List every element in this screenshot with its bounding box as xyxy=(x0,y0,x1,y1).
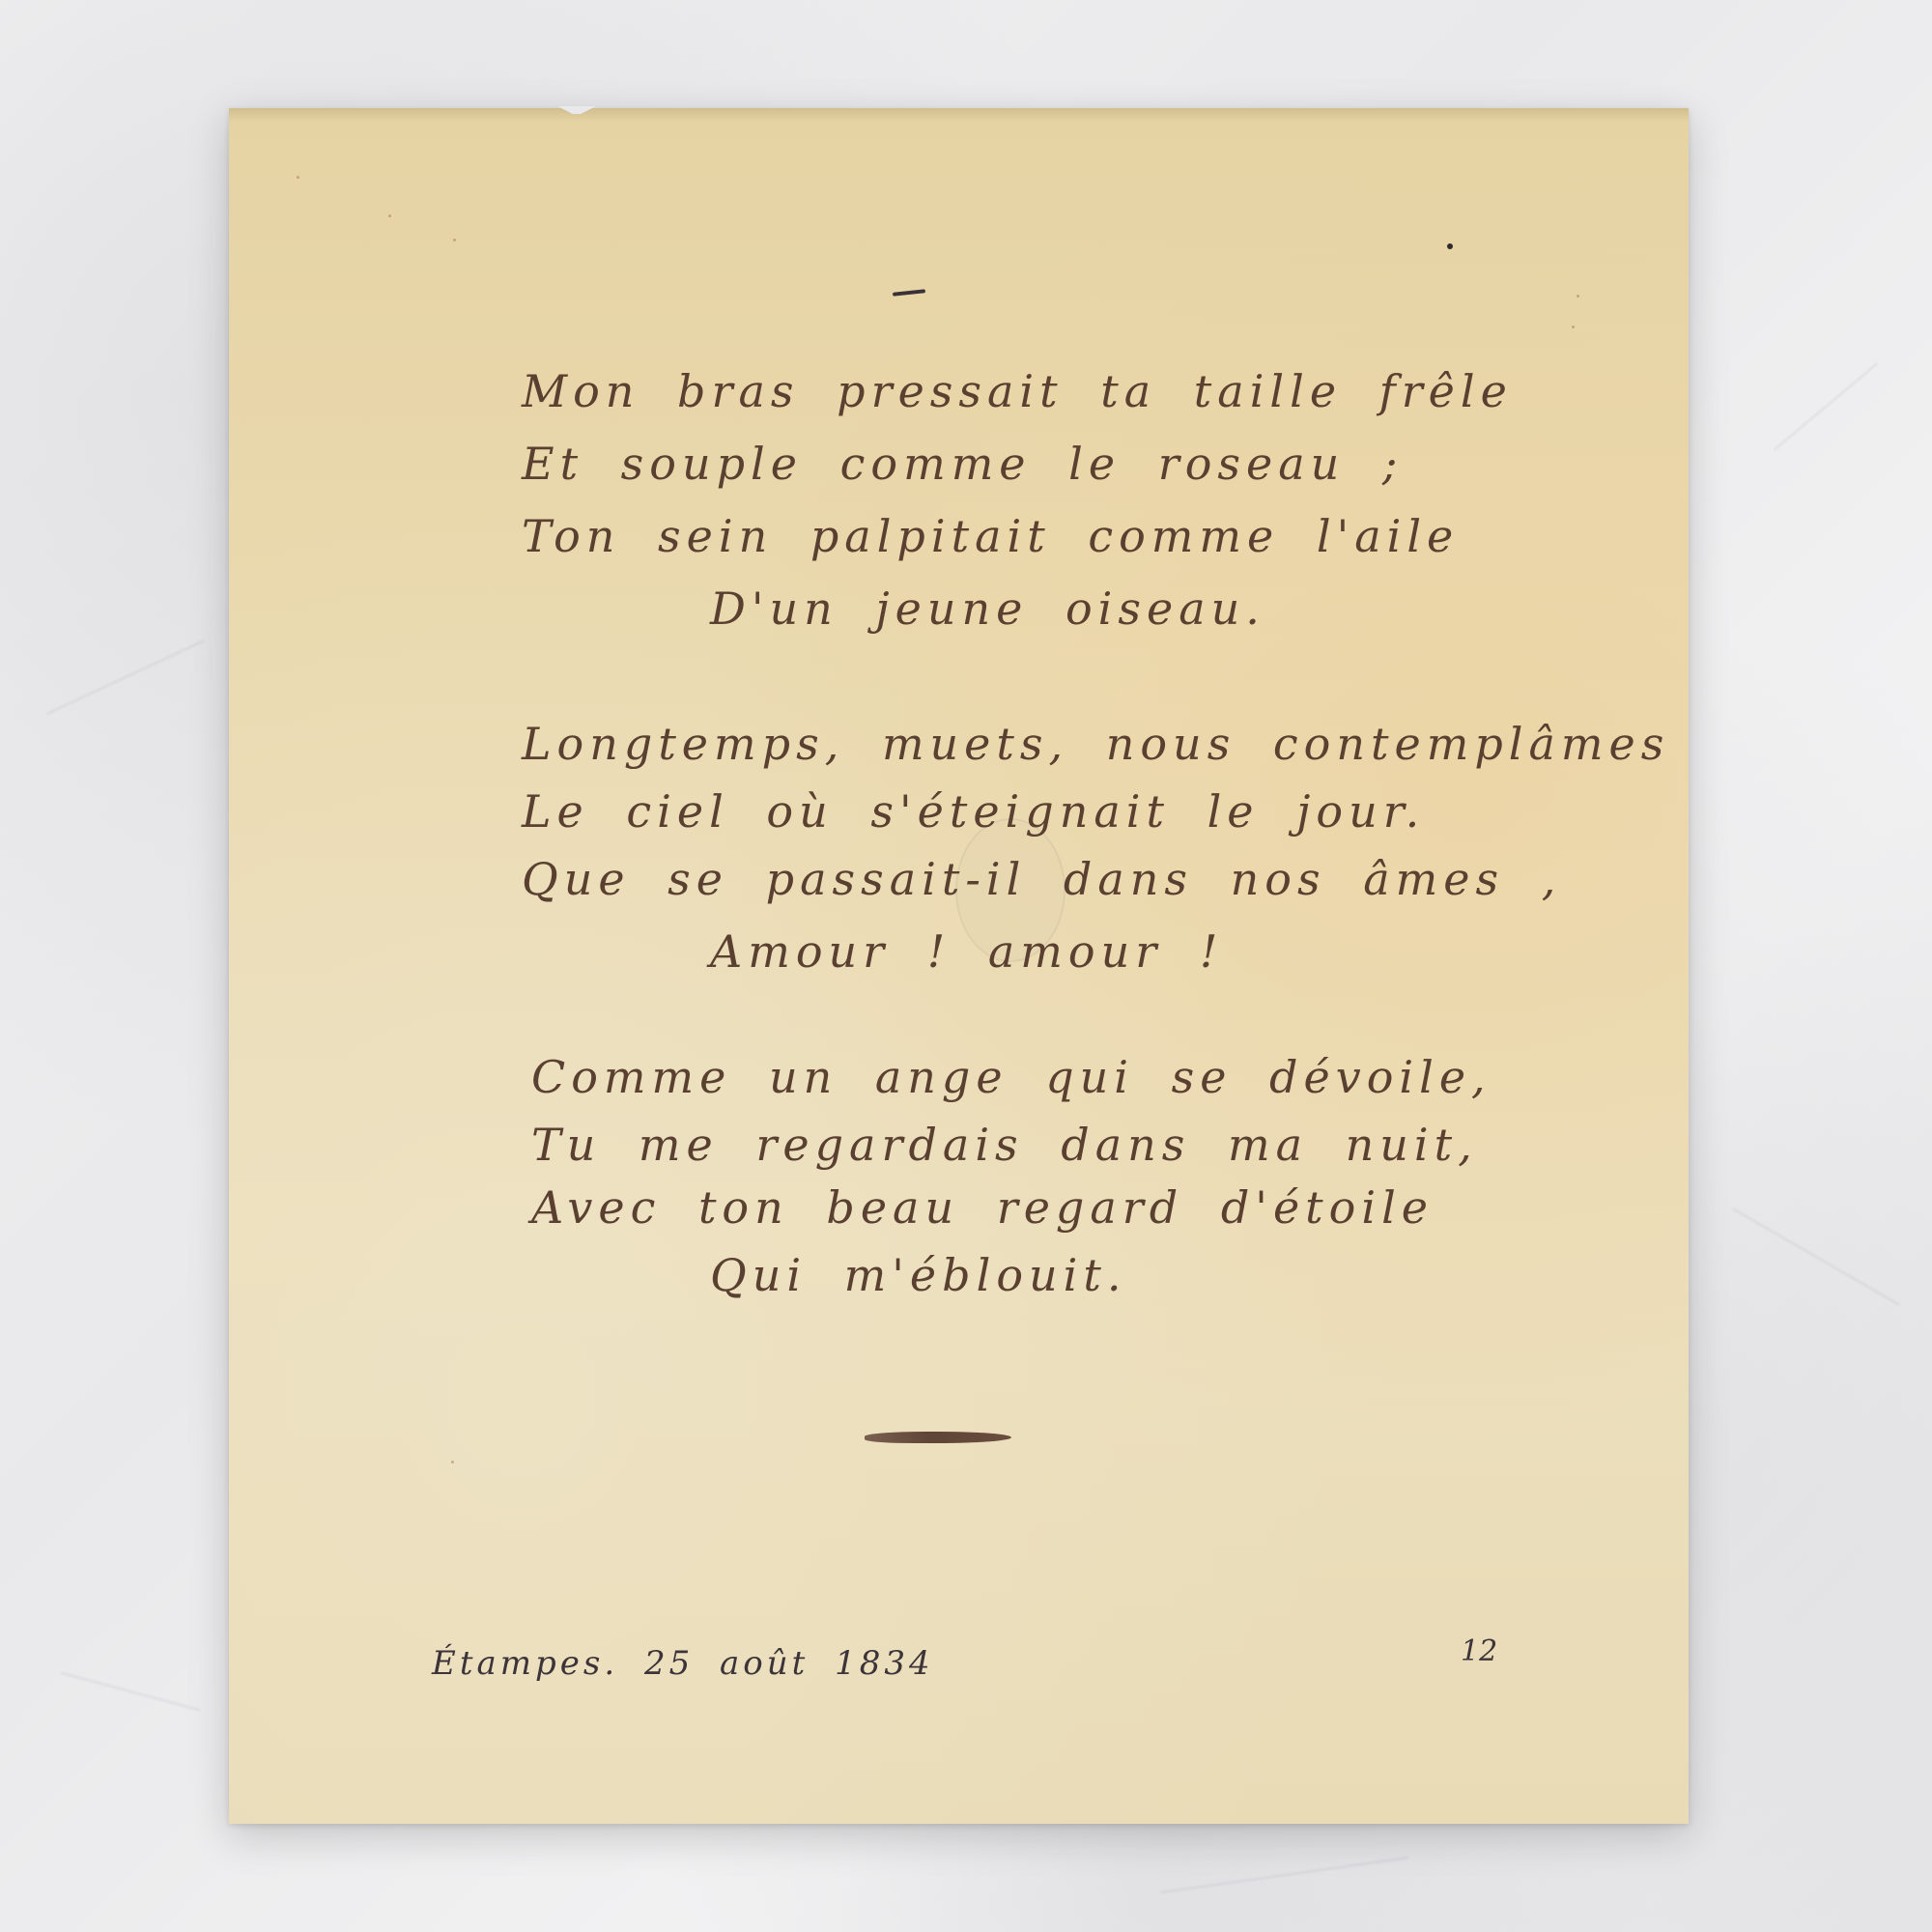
marble-vein xyxy=(46,639,205,715)
poem-line: Ton sein palpitait comme l'aile xyxy=(522,514,1459,558)
poem-line: Longtemps, muets, nous contemplâmes xyxy=(522,722,1669,766)
dateline: Étampes. 25 août 1834 xyxy=(432,1644,934,1683)
poem-line: Avec ton beau regard d'étoile xyxy=(531,1185,1434,1230)
poem-line: Et souple comme le roseau ; xyxy=(522,441,1403,486)
poem-line-indented: Qui m'éblouit. xyxy=(710,1253,1126,1297)
marble-vein xyxy=(1160,1857,1409,1893)
closing-flourish xyxy=(865,1432,1011,1443)
marble-vein xyxy=(1774,362,1879,451)
poem-line: Le ciel où s'éteignait le jour. xyxy=(522,789,1425,834)
poem: Mon bras pressait ta taille frêle Et sou… xyxy=(229,108,1689,1824)
poem-line: Mon bras pressait ta taille frêle xyxy=(522,369,1513,413)
poem-line-indented: D'un jeune oiseau. xyxy=(710,586,1265,631)
poem-line: Comme un ange qui se dévoile, xyxy=(531,1055,1492,1099)
poem-line: Que se passait-il dans nos âmes , xyxy=(522,857,1561,901)
page-number: 12 xyxy=(1461,1634,1497,1668)
manuscript-page: Mon bras pressait ta taille frêle Et sou… xyxy=(229,108,1689,1824)
marble-vein xyxy=(1732,1207,1900,1306)
poem-line-indented: Amour ! amour ! xyxy=(710,929,1223,974)
poem-line: Tu me regardais dans ma nuit, xyxy=(531,1122,1478,1167)
marble-vein xyxy=(60,1672,200,1712)
